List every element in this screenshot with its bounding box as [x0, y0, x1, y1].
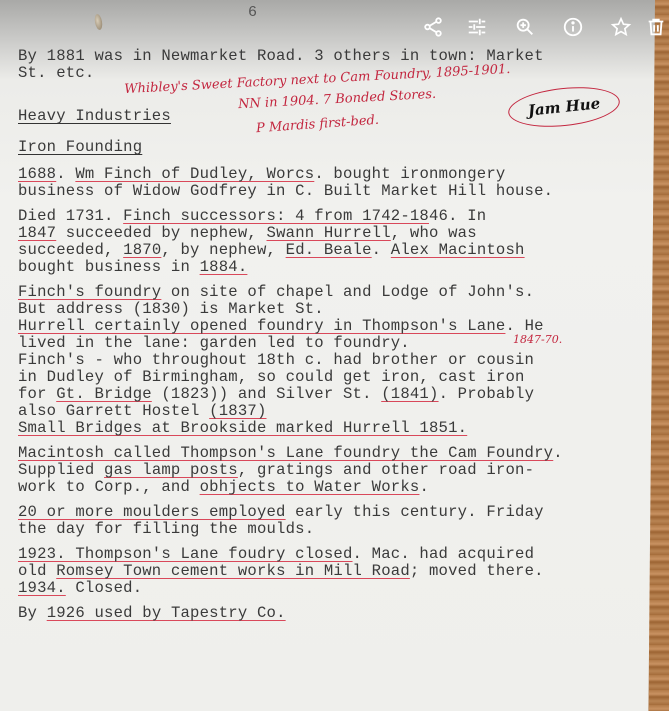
- paragraph: 1923. Thompson's Lane foudry closed. Mac…: [18, 546, 658, 597]
- punch-hole: [94, 14, 104, 31]
- paragraph-line: work to Corp., and obhjects to Water Wor…: [18, 479, 658, 496]
- paragraph-line: old Romsey Town cement works in Mill Roa…: [18, 563, 658, 580]
- document-page: 6 By 1881 was in Newmarket Road. 3 other…: [0, 0, 655, 711]
- paragraph: Macintosh called Thompson's Lane foundry…: [18, 445, 658, 496]
- paragraph-line: Finch's foundry on site of chapel and Lo…: [18, 284, 658, 301]
- heading-iron-founding: Iron Founding: [18, 139, 658, 156]
- paragraph-line: also Garrett Hostel (1837): [18, 403, 658, 420]
- paragraph-line: Died 1731. Finch successors: 4 from 1742…: [18, 208, 658, 225]
- paragraph-line: succeeded, 1870, by nephew, Ed. Beale. A…: [18, 242, 658, 259]
- edit-button[interactable]: [453, 12, 501, 42]
- paragraph-line: the day for filling the moulds.: [18, 521, 658, 538]
- info-icon: [562, 16, 584, 38]
- share-icon: [422, 16, 444, 38]
- paragraph-line: 20 or more moulders employed early this …: [18, 504, 658, 521]
- paragraph-line: for Gt. Bridge (1823)) and Silver St. (1…: [18, 386, 658, 403]
- trash-icon: [645, 16, 667, 38]
- paragraphs: 1688. Wm Finch of Dudley, Worcs. bought …: [18, 166, 658, 622]
- paragraph-line: 1688. Wm Finch of Dudley, Worcs. bought …: [18, 166, 658, 183]
- paragraph-line: Supplied gas lamp posts, gratings and ot…: [18, 462, 658, 479]
- paragraph: 20 or more moulders employed early this …: [18, 504, 658, 538]
- paragraph: By 1926 used by Tapestry Co.: [18, 605, 658, 622]
- edit-adjust-icon: [466, 16, 488, 38]
- info-button[interactable]: [549, 12, 597, 42]
- favourite-button[interactable]: [597, 12, 645, 42]
- star-icon: [610, 16, 632, 38]
- paragraph: Finch's foundry on site of chapel and Lo…: [18, 284, 658, 437]
- page-number: 6: [248, 4, 257, 21]
- paragraph-line: 1934. Closed.: [18, 580, 658, 597]
- paragraph-line: 1847 succeeded by nephew, Swann Hurrell,…: [18, 225, 658, 242]
- paragraph-line: Small Bridges at Brookside marked Hurrel…: [18, 420, 658, 437]
- paragraph-line: Finch's - who throughout 18th c. had bro…: [18, 352, 658, 369]
- paragraph-line: By 1926 used by Tapestry Co.: [18, 605, 658, 622]
- signature-text: Jam Hue: [527, 94, 601, 119]
- paragraph-line: bought business in 1884.: [18, 259, 658, 276]
- zoom-button[interactable]: [501, 12, 549, 42]
- intro-line-1: By 1881 was in Newmarket Road. 3 others …: [18, 48, 658, 65]
- paragraph-line: business of Widow Godfrey in C. Built Ma…: [18, 183, 658, 200]
- share-button[interactable]: [413, 12, 453, 42]
- paragraph: Died 1731. Finch successors: 4 from 1742…: [18, 208, 658, 276]
- paragraph-line: in Dudley of Birmingham, so could get ir…: [18, 369, 658, 386]
- paragraph-line: Macintosh called Thompson's Lane foundry…: [18, 445, 658, 462]
- viewer-toolbar: [413, 12, 669, 42]
- paragraph: 1688. Wm Finch of Dudley, Worcs. bought …: [18, 166, 658, 200]
- zoom-in-icon: [514, 16, 536, 38]
- paragraph-line: 1923. Thompson's Lane foudry closed. Mac…: [18, 546, 658, 563]
- margin-note-years: 1847-70.: [513, 333, 562, 346]
- paragraph-line: But address (1830) is Market St.: [18, 301, 658, 318]
- delete-button[interactable]: [645, 12, 669, 42]
